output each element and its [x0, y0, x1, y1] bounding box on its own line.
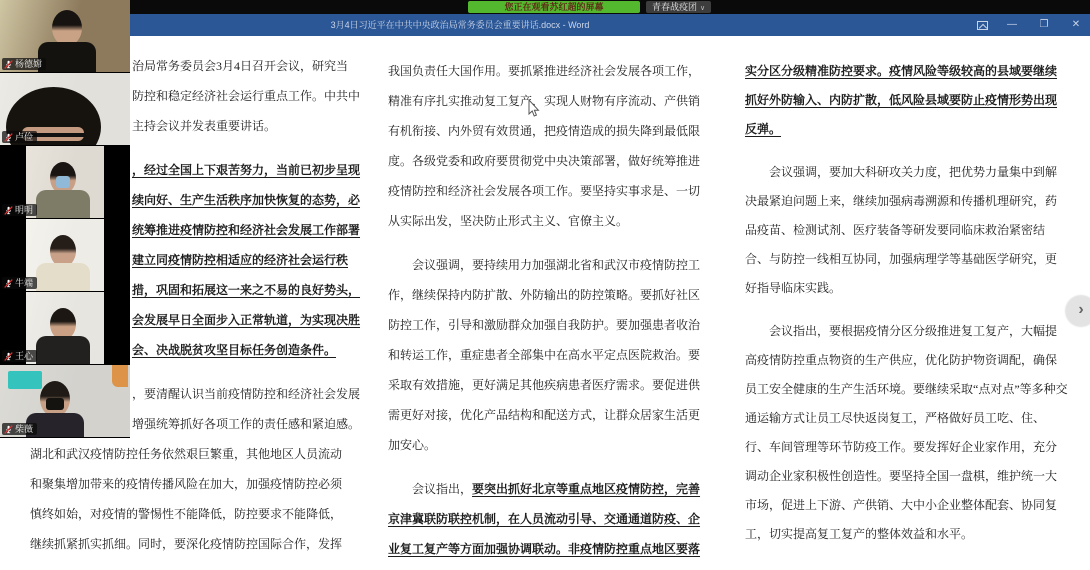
mic-muted-icon — [4, 352, 13, 361]
document-page: 治局常务委员会3月4日召开会议，研究当防控和稳定经济社会运行重点工作。中共中主持… — [0, 36, 1090, 570]
document-text-line: 行、车间管理等环节防疫工作。要发挥好企业家作用，充分 — [745, 438, 1068, 467]
participant-tile[interactable]: 卢俭 — [0, 73, 130, 146]
meeting-room-label: 青春战疫团 — [652, 2, 697, 12]
restore-button[interactable]: ❐ — [1036, 14, 1052, 36]
document-text-line: 工，切实提高复工复产的整体效益和水平。 — [745, 525, 1068, 554]
minimize-button[interactable]: — — [1004, 14, 1020, 36]
document-text-line: 疫情防控和经济社会发展各项工作。要坚持实事求是、一切 — [388, 182, 700, 212]
mic-muted-icon — [4, 206, 13, 215]
document-text-line: 有机衔接、内外贸有效贯通，把疫情造成的损失降到最低限 — [388, 122, 700, 152]
document-column-3: 实分区分级精准防控要求。疫情风险等级较高的县域要继续抓好外防输入、内防扩散，低风… — [745, 62, 1068, 554]
participant-tile[interactable]: 柴薇 — [0, 365, 130, 438]
document-text-line: 会议指出，要突出抓好北京等重点地区疫情防控，完善 — [388, 480, 700, 510]
word-titlebar: 3月4日习近平在中共中央政治局常务委员会重要讲话.docx - Word — ❐… — [0, 14, 1090, 36]
document-text-line: 业复工复产等方面加强协调联动。非疫情防控重点地区要落 — [388, 540, 700, 570]
participant-sidebar: 杨德嫦卢俭明明牛端王心柴薇 — [0, 0, 130, 438]
next-participants-button[interactable]: › — [1066, 296, 1090, 326]
document-text-line: 实分区分级精准防控要求。疫情风险等级较高的县域要继续 — [745, 62, 1068, 91]
document-text-line: 慎终如始，对疫情的警惕性不能降低，防控要求不能降低， — [30, 505, 360, 535]
participant-name-badge: 柴薇 — [2, 423, 37, 435]
participant-name: 杨德嫦 — [15, 59, 42, 69]
mouse-cursor — [528, 100, 540, 118]
document-text-line: 会议指出，要根据疫情分区分级推进复工复产，大幅提 — [745, 322, 1068, 351]
mic-muted-icon — [4, 279, 13, 288]
ribbon-display-options-icon[interactable] — [977, 21, 988, 30]
document-text-line: 和聚集增加带来的疫情传播风险在加大，加强疫情防控必须 — [30, 475, 360, 505]
document-text-line: 京津冀联防联控机制，在人员流动引导、交通通道防疫、企 — [388, 510, 700, 540]
participant-video — [26, 219, 104, 291]
document-text-line: 合、与防控一线相互协同，加强病理学等基础医学研究，更 — [745, 250, 1068, 279]
participant-name: 明明 — [15, 205, 33, 215]
document-text-line: 高疫情防控重点物资的生产供应，优化防护物资调配，确保 — [745, 351, 1068, 380]
participant-name-badge: 牛端 — [2, 277, 37, 289]
window-controls: — ❐ ✕ — [977, 14, 1084, 36]
participant-name-badge: 杨德嫦 — [2, 58, 46, 70]
participant-video — [26, 292, 104, 364]
document-text-line: 会议强调，要加大科研攻关力度，把优势力量集中到解 — [745, 163, 1068, 192]
document-text-line: 员工安全健康的生产生活环境。要继续采取“点对点”等多种交 — [745, 380, 1068, 409]
document-text-line: 会议强调，要持续用力加强湖北省和武汉市疫情防控工 — [388, 256, 700, 286]
document-text-line: 精准有序扎实推动复工复产，实现人财物有序流动、产供销 — [388, 92, 700, 122]
document-title: 3月4日习近平在中共中央政治局常务委员会重要讲话.docx - Word — [0, 14, 920, 36]
participant-name: 柴薇 — [15, 424, 33, 434]
chevron-down-icon: ∨ — [700, 5, 705, 12]
screen-share-banner[interactable]: 您正在观看苏红超的屏幕 — [468, 1, 640, 13]
participant-tile[interactable]: 牛端 — [0, 219, 130, 292]
document-text-line: 我国负责任大国作用。要抓紧推进经济社会发展各项工作， — [388, 62, 700, 92]
mic-muted-icon — [4, 425, 13, 434]
document-text-line: 抓好外防输入、内防扩散，低风险县域要防止疫情形势出现 — [745, 91, 1068, 120]
document-text-line: 作，继续保持内防扩散、外防输出的防控策略。要抓好社区 — [388, 286, 700, 316]
meeting-room-button[interactable]: 青春战疫团∨ — [646, 1, 711, 13]
document-text-line: 防控工作，引导和激励群众加强自我防护。要加强患者收治 — [388, 316, 700, 346]
participant-name-badge: 王心 — [2, 350, 37, 362]
participant-name: 王心 — [15, 351, 33, 361]
participant-tile[interactable]: 杨德嫦 — [0, 0, 130, 73]
participant-tile[interactable]: 王心 — [0, 292, 130, 365]
document-text-line: 度。各级党委和政府要贯彻党中央决策部署，做好统筹推进 — [388, 152, 700, 182]
participant-tile[interactable]: 明明 — [0, 146, 130, 219]
document-text-line: 需更好对接，优化产品结构和配送方式，让群众居家生活更 — [388, 406, 700, 436]
document-text-line: 反弹。 — [745, 120, 1068, 149]
document-text-line: 和转运工作，重症患者全部集中在高水平定点医院救治。要 — [388, 346, 700, 376]
document-text-line: 调动企业家积极性创造性。要坚持全国一盘棋，维护统一大 — [745, 467, 1068, 496]
document-text-line: 决最紧迫问题上来，继续加强病毒溯源和传播机理研究，药 — [745, 192, 1068, 221]
mic-muted-icon — [4, 60, 13, 69]
document-text-line: 加安心。 — [388, 436, 700, 466]
meeting-top-bar: 您正在观看苏红超的屏幕 青春战疫团∨ — [0, 0, 1090, 14]
document-text-line: 品疫苗、检测试剂、医疗装备等研发要同临床救治紧密结 — [745, 221, 1068, 250]
document-text-line: 继续抓紧抓实抓细。同时，要深化疫情防控国际合作，发挥 — [30, 535, 360, 565]
document-text-line: 好指导临床实践。 — [745, 279, 1068, 308]
participant-video — [26, 146, 104, 218]
document-text-line: 市场，促进上下游、产供销、大中小企业整体配套、协同复 — [745, 496, 1068, 525]
participant-name: 卢俭 — [15, 132, 33, 142]
document-text-line: 从实际出发，坚决防止形式主义、官僚主义。 — [388, 212, 700, 242]
participant-name: 牛端 — [15, 278, 33, 288]
close-button[interactable]: ✕ — [1068, 14, 1084, 36]
participant-name-badge: 卢俭 — [2, 131, 37, 143]
document-column-2: 我国负责任大国作用。要抓紧推进经济社会发展各项工作，精准有序扎实推动复工复产，实… — [388, 62, 700, 570]
participant-name-badge: 明明 — [2, 204, 37, 216]
document-text-line: 通运输方式让员工尽快返岗复工，严格做好员工吃、住、 — [745, 409, 1068, 438]
document-text-line: 采取有效措施，更好满足其他疾病患者医疗需求。要促进供 — [388, 376, 700, 406]
document-text-line: 湖北和武汉疫情防控任务依然艰巨繁重，其他地区人员流动 — [30, 445, 360, 475]
mic-muted-icon — [4, 133, 13, 142]
